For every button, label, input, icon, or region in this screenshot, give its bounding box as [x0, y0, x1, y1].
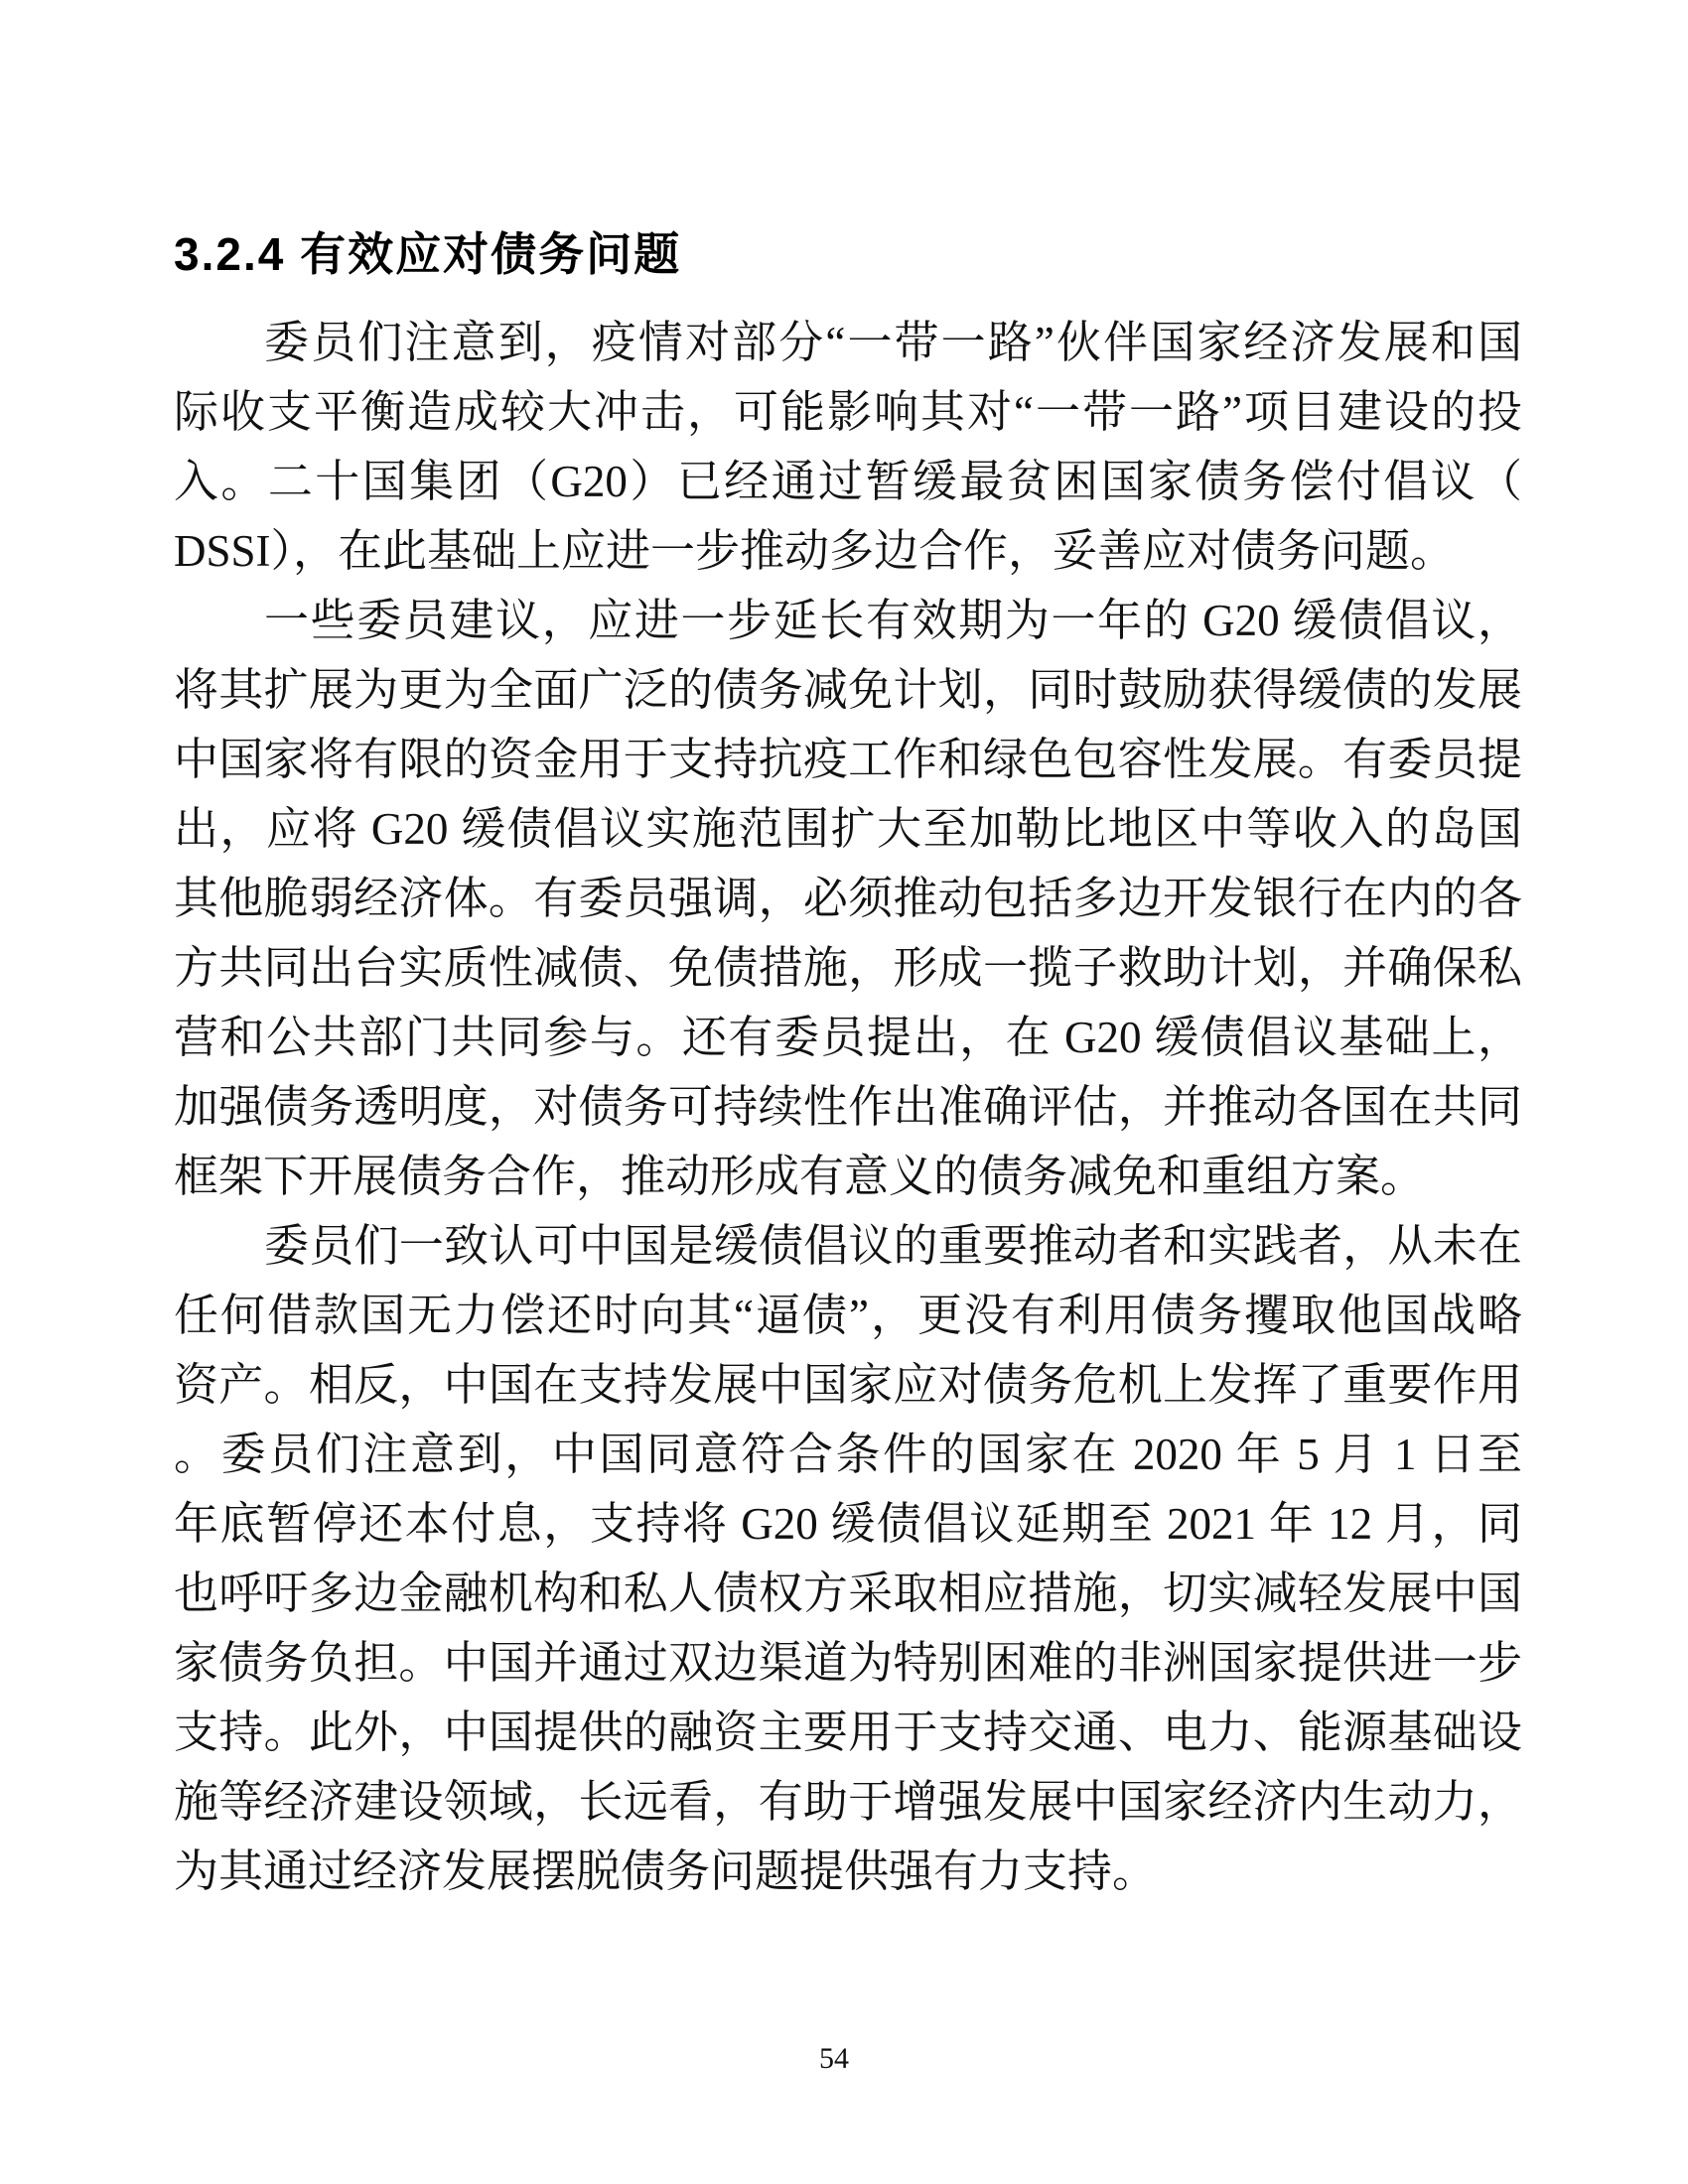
text-line: 出，应将 G20 缓债倡议实施范围扩大至加勒比地区中等收入的岛国和: [174, 794, 1522, 864]
paragraph: 一些委员建议，应进一步延长有效期为一年的 G20 缓债倡议，并将其扩展为更为全面…: [174, 586, 1522, 1211]
text-line: 施等经济建设领域，长远看，有助于增强发展中国家经济内生动力，: [174, 1767, 1522, 1837]
text-line: 方共同出台实质性减债、免债措施，形成一揽子救助计划，并确保私: [174, 933, 1522, 1003]
text-line: 。委员们注意到，中国同意符合条件的国家在 2020 年 5 月 1 日至 202…: [174, 1420, 1522, 1489]
text-line: 加强债务透明度，对债务可持续性作出准确评估，并推动各国在共同: [174, 1072, 1522, 1142]
text-block: 3.2.4 有效应对债务问题 委员们注意到，疫情对部分“一带一路”伙伴国家经济发…: [174, 224, 1522, 1906]
paragraphs-container: 委员们注意到，疫情对部分“一带一路”伙伴国家经济发展和国际收支平衡造成较大冲击，…: [174, 308, 1522, 1906]
text-line: 为其通过经济发展摆脱债务问题提供强有力支持。: [174, 1837, 1522, 1906]
paragraph: 委员们一致认可中国是缓债倡议的重要推动者和实践者，从未在任何借款国无力偿还时向其…: [174, 1211, 1522, 1906]
text-line: 委员们一致认可中国是缓债倡议的重要推动者和实践者，从未在: [174, 1211, 1522, 1281]
text-line: 中国家将有限的资金用于支持抗疫工作和绿色包容性发展。有委员提: [174, 725, 1522, 794]
text-line: 营和公共部门共同参与。还有委员提出，在 G20 缓债倡议基础上，需: [174, 1003, 1522, 1072]
text-line: 也呼吁多边金融机构和私人债权方采取相应措施，切实减轻发展中国: [174, 1559, 1522, 1628]
paragraph: 委员们注意到，疫情对部分“一带一路”伙伴国家经济发展和国际收支平衡造成较大冲击，…: [174, 308, 1522, 586]
text-line: 资产。相反，中国在支持发展中国家应对债务危机上发挥了重要作用: [174, 1350, 1522, 1420]
text-line: 年底暂停还本付息，支持将 G20 缓债倡议延期至 2021 年 12 月，同时: [174, 1489, 1522, 1559]
page-number: 54: [0, 2041, 1668, 2077]
text-line: DSSI），在此基础上应进一步推动多边合作，妥善应对债务问题。: [174, 516, 1522, 586]
text-line: 一些委员建议，应进一步延长有效期为一年的 G20 缓债倡议，并: [174, 586, 1522, 655]
text-line: 入。二十国集团（G20）已经通过暂缓最贫困国家债务偿付倡议（: [174, 447, 1522, 516]
text-line: 任何借款国无力偿还时向其“逼债”，更没有利用债务攫取他国战略: [174, 1281, 1522, 1350]
text-line: 其他脆弱经济体。有委员强调，必须推动包括多边开发银行在内的各: [174, 864, 1522, 933]
text-line: 委员们注意到，疫情对部分“一带一路”伙伴国家经济发展和国: [174, 308, 1522, 377]
text-line: 支持。此外，中国提供的融资主要用于支持交通、电力、能源基础设: [174, 1698, 1522, 1767]
text-line: 际收支平衡造成较大冲击，可能影响其对“一带一路”项目建设的投: [174, 377, 1522, 447]
text-line: 家债务负担。中国并通过双边渠道为特别困难的非洲国家提供进一步: [174, 1628, 1522, 1698]
document-page: 3.2.4 有效应对债务问题 委员们注意到，疫情对部分“一带一路”伙伴国家经济发…: [0, 0, 1688, 2184]
text-line: 将其扩展为更为全面广泛的债务减免计划，同时鼓励获得缓债的发展: [174, 655, 1522, 725]
text-line: 框架下开展债务合作，推动形成有意义的债务减免和重组方案。: [174, 1142, 1522, 1211]
section-heading: 3.2.4 有效应对债务问题: [174, 224, 1522, 284]
